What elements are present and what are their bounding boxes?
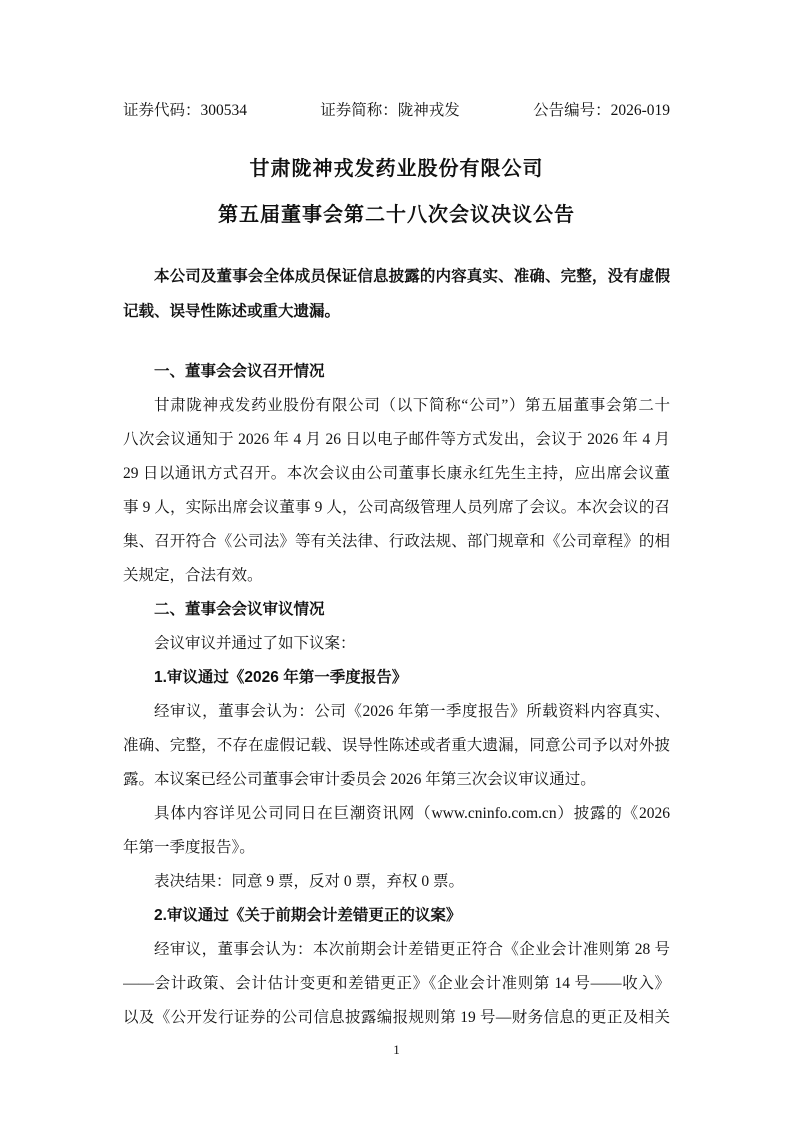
- stock-name: 证券简称：陇神戎发: [320, 100, 460, 122]
- document-page: 证券代码：300534 证券简称：陇神戎发 公告编号：2026-019 甘肃陇神…: [0, 0, 793, 1122]
- vote-result-line: 表决结果：同意 9 票，反对 0 票，弃权 0 票。: [123, 865, 670, 899]
- notice-line: 记载、误导性陈述或重大遗漏。: [123, 294, 670, 329]
- doc-subtitle: 第五届董事会第二十八次会议决议公告: [123, 201, 670, 229]
- body-line: 准确、完整，不存在虚假记载、误导性陈述或者重大遗漏，同意公司予以对外披: [123, 729, 670, 763]
- notice-paragraph: 本公司及董事会全体成员保证信息披露的内容真实、准确、完整，没有虚假 记载、误导性…: [123, 259, 670, 329]
- doc-header: 证券代码：300534 证券简称：陇神戎发 公告编号：2026-019: [123, 0, 670, 122]
- stock-code: 证券代码：300534: [123, 100, 247, 122]
- body-line: ——会计政策、会计估计变更和差错更正》《企业会计准则第 14 号——收入》: [123, 967, 670, 1001]
- body-line: 关规定，合法有效。: [123, 559, 670, 593]
- body-line: 具体内容详见公司同日在巨潮资讯网（www.cninfo.com.cn）披露的《2…: [123, 797, 670, 831]
- body-line: 露。本议案已经公司董事会审计委员会 2026 年第三次会议审议通过。: [123, 763, 670, 797]
- body-line: 集、召开符合《公司法》等有关法律、行政法规、部门规章和《公司章程》的相: [123, 525, 670, 559]
- page-number: 1: [123, 1040, 670, 1060]
- body-line: 经审议，董事会认为：公司《2026 年第一季度报告》所载资料内容真实、: [123, 695, 670, 729]
- body-line: 以及《公开发行证券的公司信息披露编报规则第 19 号—财务信息的更正及相关: [123, 1001, 670, 1035]
- body-line: 29 日以通讯方式召开。本次会议由公司董事长康永红先生主持，应出席会议董: [123, 457, 670, 491]
- section-1-heading: 一、董事会会议召开情况: [123, 355, 670, 389]
- body-line: 八次会议通知于 2026 年 4 月 26 日以电子邮件等方式发出，会议于 20…: [123, 423, 670, 457]
- item-2-heading: 2.审议通过《关于前期会计差错更正的议案》: [123, 899, 670, 933]
- doc-body: 一、董事会会议召开情况 甘肃陇神戎发药业股份有限公司（以下简称“公司”）第五届董…: [123, 355, 670, 1035]
- section-2-heading: 二、董事会会议审议情况: [123, 593, 670, 627]
- doc-title: 甘肃陇神戎发药业股份有限公司: [123, 155, 670, 183]
- body-line: 年第一季度报告》。: [123, 831, 670, 865]
- notice-line: 本公司及董事会全体成员保证信息披露的内容真实、准确、完整，没有虚假: [123, 259, 670, 294]
- body-line: 经审议，董事会认为：本次前期会计差错更正符合《企业会计准则第 28 号: [123, 933, 670, 967]
- body-line: 会议审议并通过了如下议案：: [123, 627, 670, 661]
- announcement-number: 公告编号：2026-019: [533, 100, 670, 122]
- body-line: 甘肃陇神戎发药业股份有限公司（以下简称“公司”）第五届董事会第二十: [123, 389, 670, 423]
- item-1-heading: 1.审议通过《2026 年第一季度报告》: [123, 661, 670, 695]
- body-line: 事 9 人，实际出席会议董事 9 人，公司高级管理人员列席了会议。本次会议的召: [123, 491, 670, 525]
